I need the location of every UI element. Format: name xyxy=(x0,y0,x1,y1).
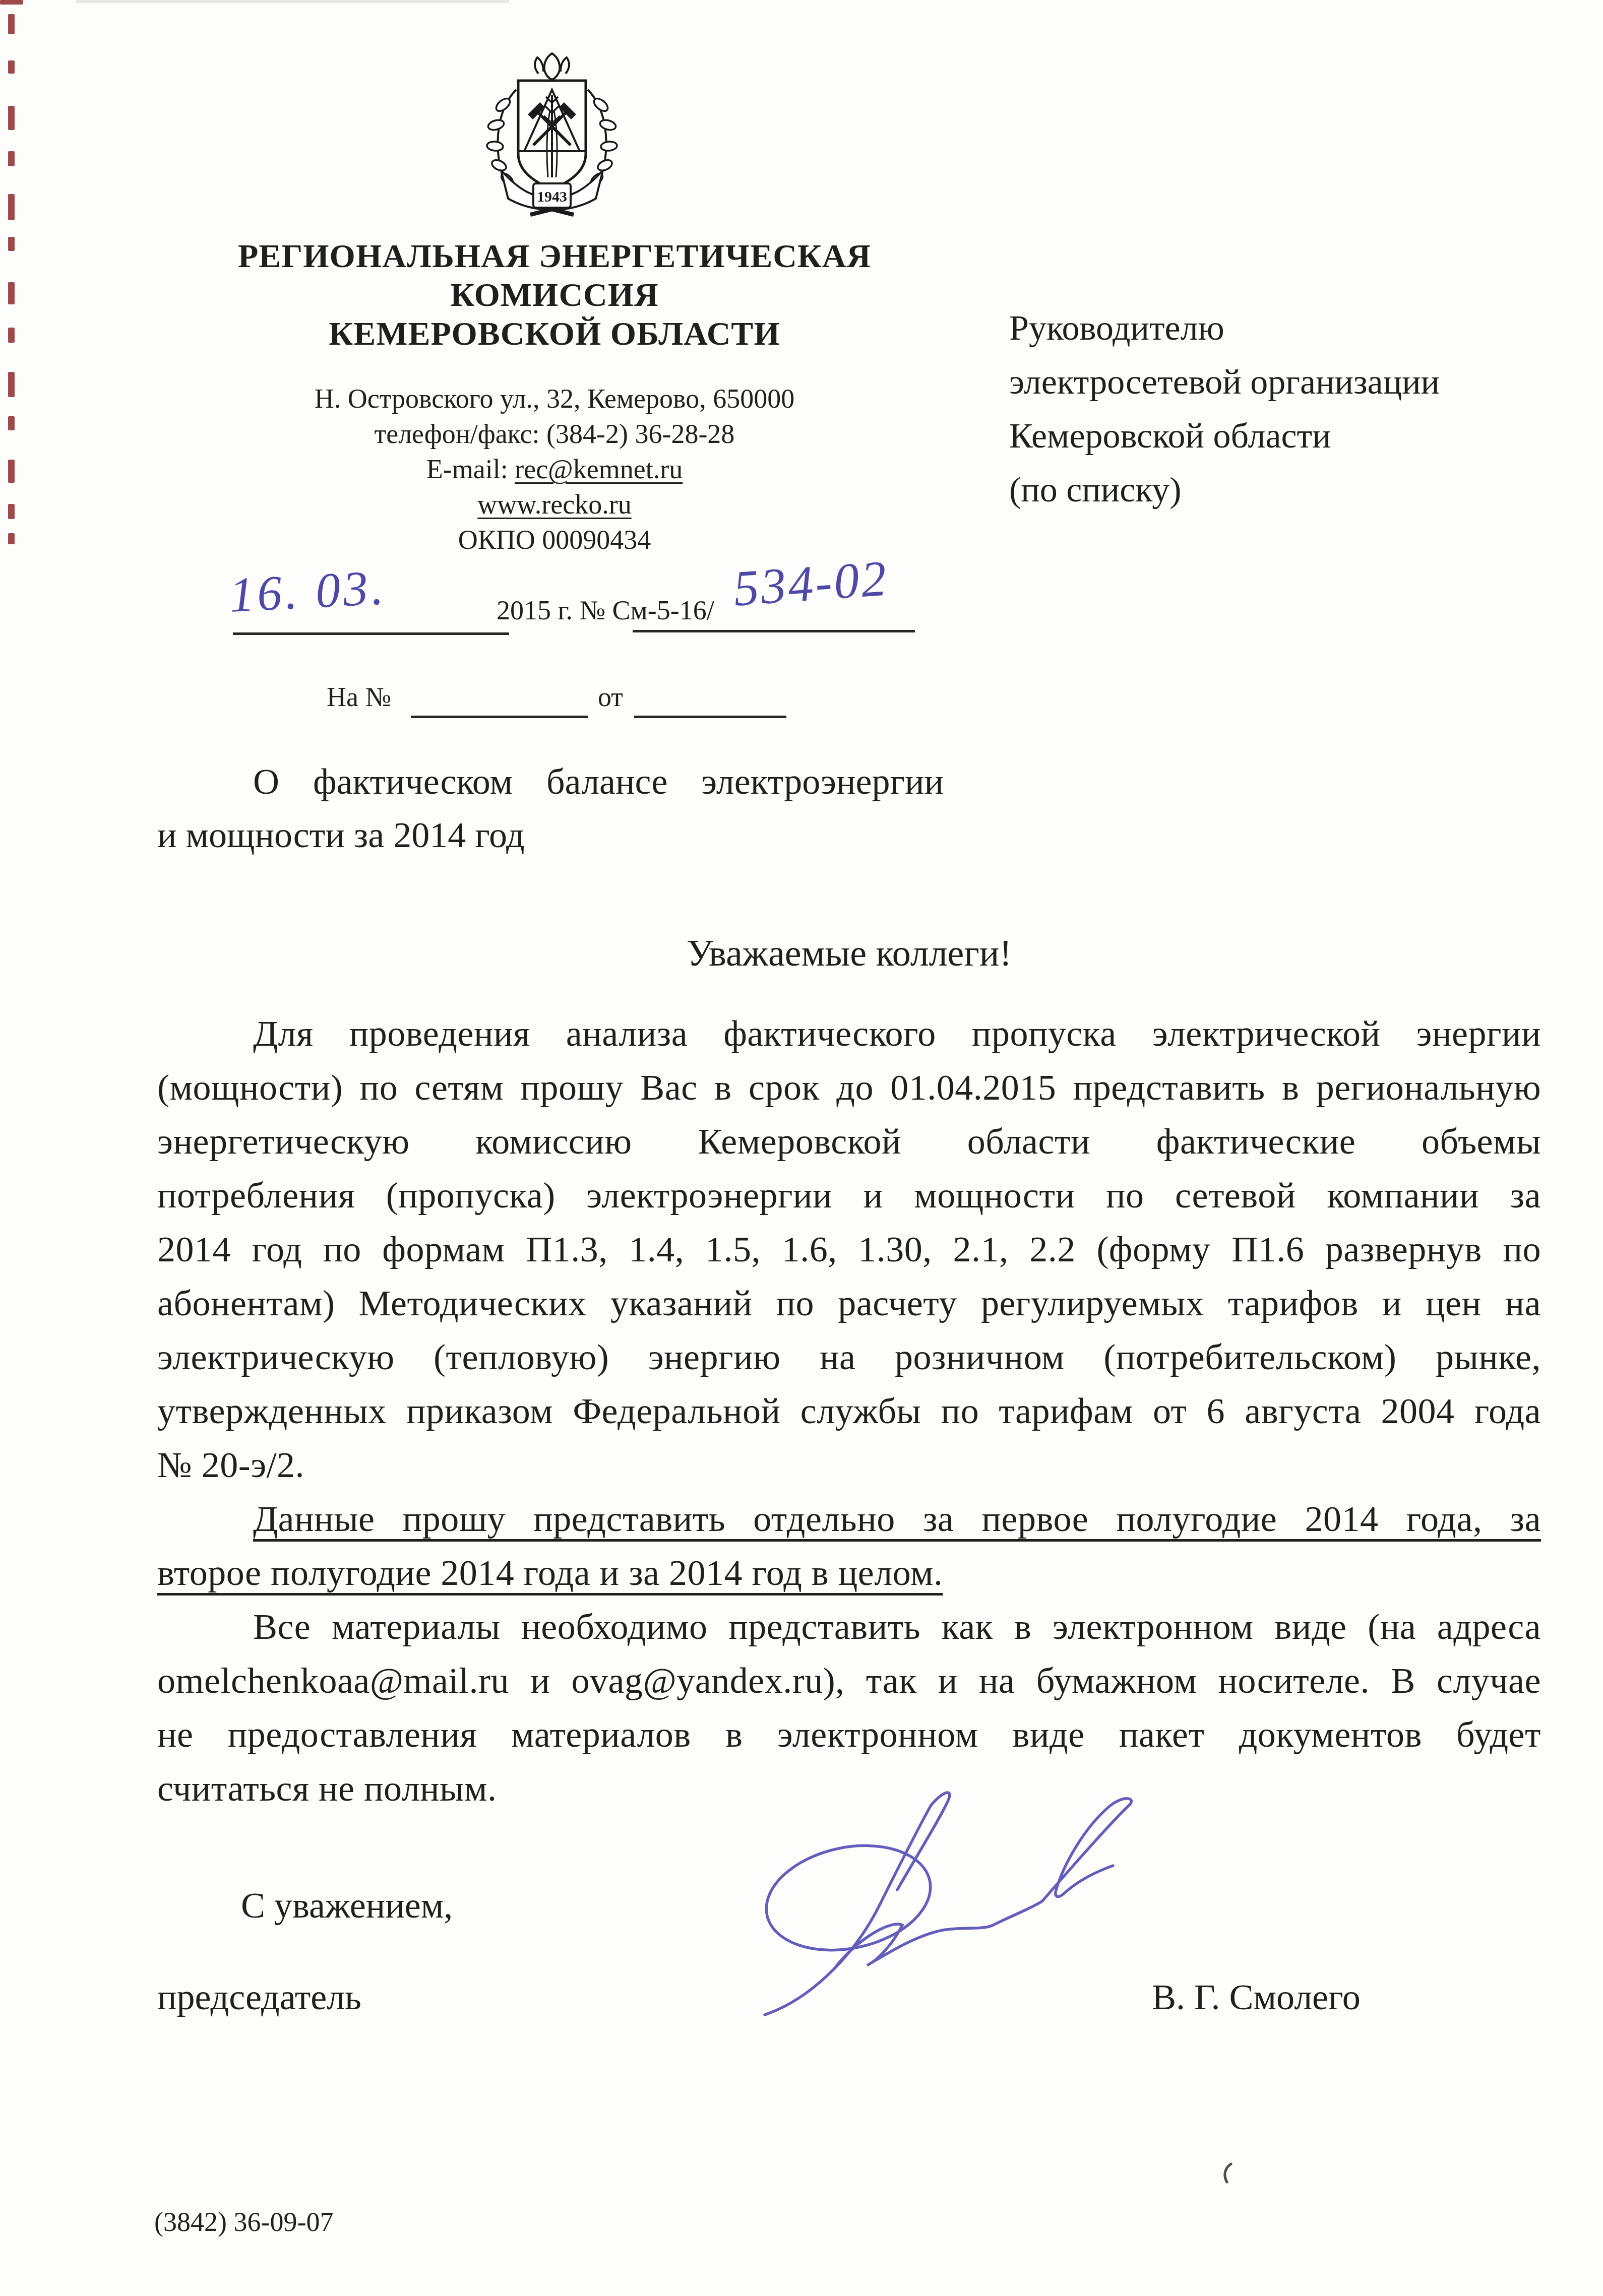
scan-artifact xyxy=(8,194,15,220)
recipient-block: Руководителю электросетевой организации … xyxy=(1009,301,1564,517)
email-label: E-mail: xyxy=(426,454,515,484)
scan-artifact xyxy=(8,416,15,430)
outgoing-number-printed: 2015 г. № См-5-16/ xyxy=(497,595,714,626)
handwritten-number: 534-02 xyxy=(731,549,890,617)
body-line: Все материалы необходимо представить как… xyxy=(157,1600,1541,1654)
scan-artifact xyxy=(8,151,15,166)
body-line: не предоставления материалов в электронн… xyxy=(157,1708,1541,1762)
blank-underline-reply-from xyxy=(634,716,786,718)
body-line-underlined: Данные прошу представить отдельно за пер… xyxy=(157,1492,1541,1546)
recipient-line: (по списку) xyxy=(1009,463,1564,517)
pen-tick-artifact xyxy=(1219,2162,1234,2184)
body-line: потребления (пропуска) электроэнергии и … xyxy=(157,1169,1541,1223)
blank-underline-date xyxy=(233,632,509,635)
recipient-line: Руководителю xyxy=(1009,301,1564,355)
blank-underline-reply-no xyxy=(411,716,588,718)
scan-artifact xyxy=(8,14,15,34)
body-line: 2014 год по формам П1.3, 1.4, 1.5, 1.6, … xyxy=(157,1223,1541,1277)
body-line: энергетическую комиссию Кемеровской обла… xyxy=(157,1115,1541,1169)
scan-artifact xyxy=(8,372,15,397)
reply-no-label: На № xyxy=(327,681,391,713)
org-name-line: КОМИССИЯ xyxy=(212,276,897,314)
body-line: электрическую (тепловую) энергию на розн… xyxy=(157,1330,1541,1384)
scan-artifact xyxy=(8,237,15,251)
scan-artifact xyxy=(8,328,15,343)
emblem-banner-year: 1943 xyxy=(537,188,567,205)
closing-phrase: С уважением, xyxy=(241,1885,453,1927)
letterhead-org-name: РЕГИОНАЛЬНАЯ ЭНЕРГЕТИЧЕСКАЯ КОМИССИЯ КЕМ… xyxy=(212,237,897,353)
letterhead-contacts: Н. Островского ул., 32, Кемерово, 650000… xyxy=(212,381,897,557)
org-phone-fax: телефон/факс: (384-2) 36-28-28 xyxy=(212,416,897,452)
reply-from-label: от xyxy=(598,681,623,713)
body-line: утвержденных приказом Федеральной службы… xyxy=(157,1384,1541,1438)
scan-artifact xyxy=(8,106,15,130)
body-line-underlined: второе полугодие 2014 года и за 2014 год… xyxy=(157,1546,1541,1600)
scan-artifact xyxy=(8,504,15,519)
signer-name: В. Г. Смолего xyxy=(1152,1976,1361,2018)
body-line: № 20-э/2. xyxy=(157,1438,1541,1492)
org-name-line: КЕМЕРОВСКОЙ ОБЛАСТИ xyxy=(212,314,897,353)
scan-artifact xyxy=(8,533,15,544)
scan-smudge xyxy=(76,0,509,3)
org-address: Н. Островского ул., 32, Кемерово, 650000 xyxy=(212,381,897,416)
recipient-line: Кемеровской области xyxy=(1009,409,1564,463)
blank-underline-number xyxy=(633,630,915,632)
org-name-line: РЕГИОНАЛЬНАЯ ЭНЕРГЕТИЧЕСКАЯ xyxy=(212,237,897,276)
scan-artifact xyxy=(8,460,15,483)
footer-contact-phone: (3842) 36-09-07 xyxy=(154,2206,333,2238)
scan-artifact xyxy=(0,0,23,5)
handwritten-date: 16. 03. xyxy=(228,559,388,624)
body-line: абонентам) Методических указаний по расч… xyxy=(157,1277,1541,1330)
org-okpo: ОКПО 00090434 xyxy=(212,522,897,557)
subject-line: и мощности за 2014 год xyxy=(157,808,944,862)
body-line: (мощности) по сетям прошу Вас в срок до … xyxy=(157,1061,1541,1115)
handwritten-signature xyxy=(681,1764,1134,2091)
body-line: Для проведения анализа фактического проп… xyxy=(157,1007,1541,1061)
signer-title: председатель xyxy=(157,1976,361,2018)
scanned-letter-page: { "letter": { "emblem": { "banner_year":… xyxy=(0,0,1603,2296)
coat-of-arms-kemerovo-icon: 1943 xyxy=(474,50,630,217)
scan-artifact xyxy=(8,60,15,74)
salutation: Уважаемые коллеги! xyxy=(157,932,1541,975)
org-website: www.recko.ru xyxy=(212,487,897,522)
subject-line: О фактическом балансе электроэнергии xyxy=(157,755,944,808)
org-email-row: E-mail: rec@kemnet.ru xyxy=(212,452,897,487)
recipient-line: электросетевой организации xyxy=(1009,355,1564,409)
body-line: omelchenkoaa@mail.ru и ovag@yandex.ru), … xyxy=(157,1654,1541,1708)
org-email: rec@kemnet.ru xyxy=(515,454,683,484)
scan-artifact xyxy=(8,282,15,304)
